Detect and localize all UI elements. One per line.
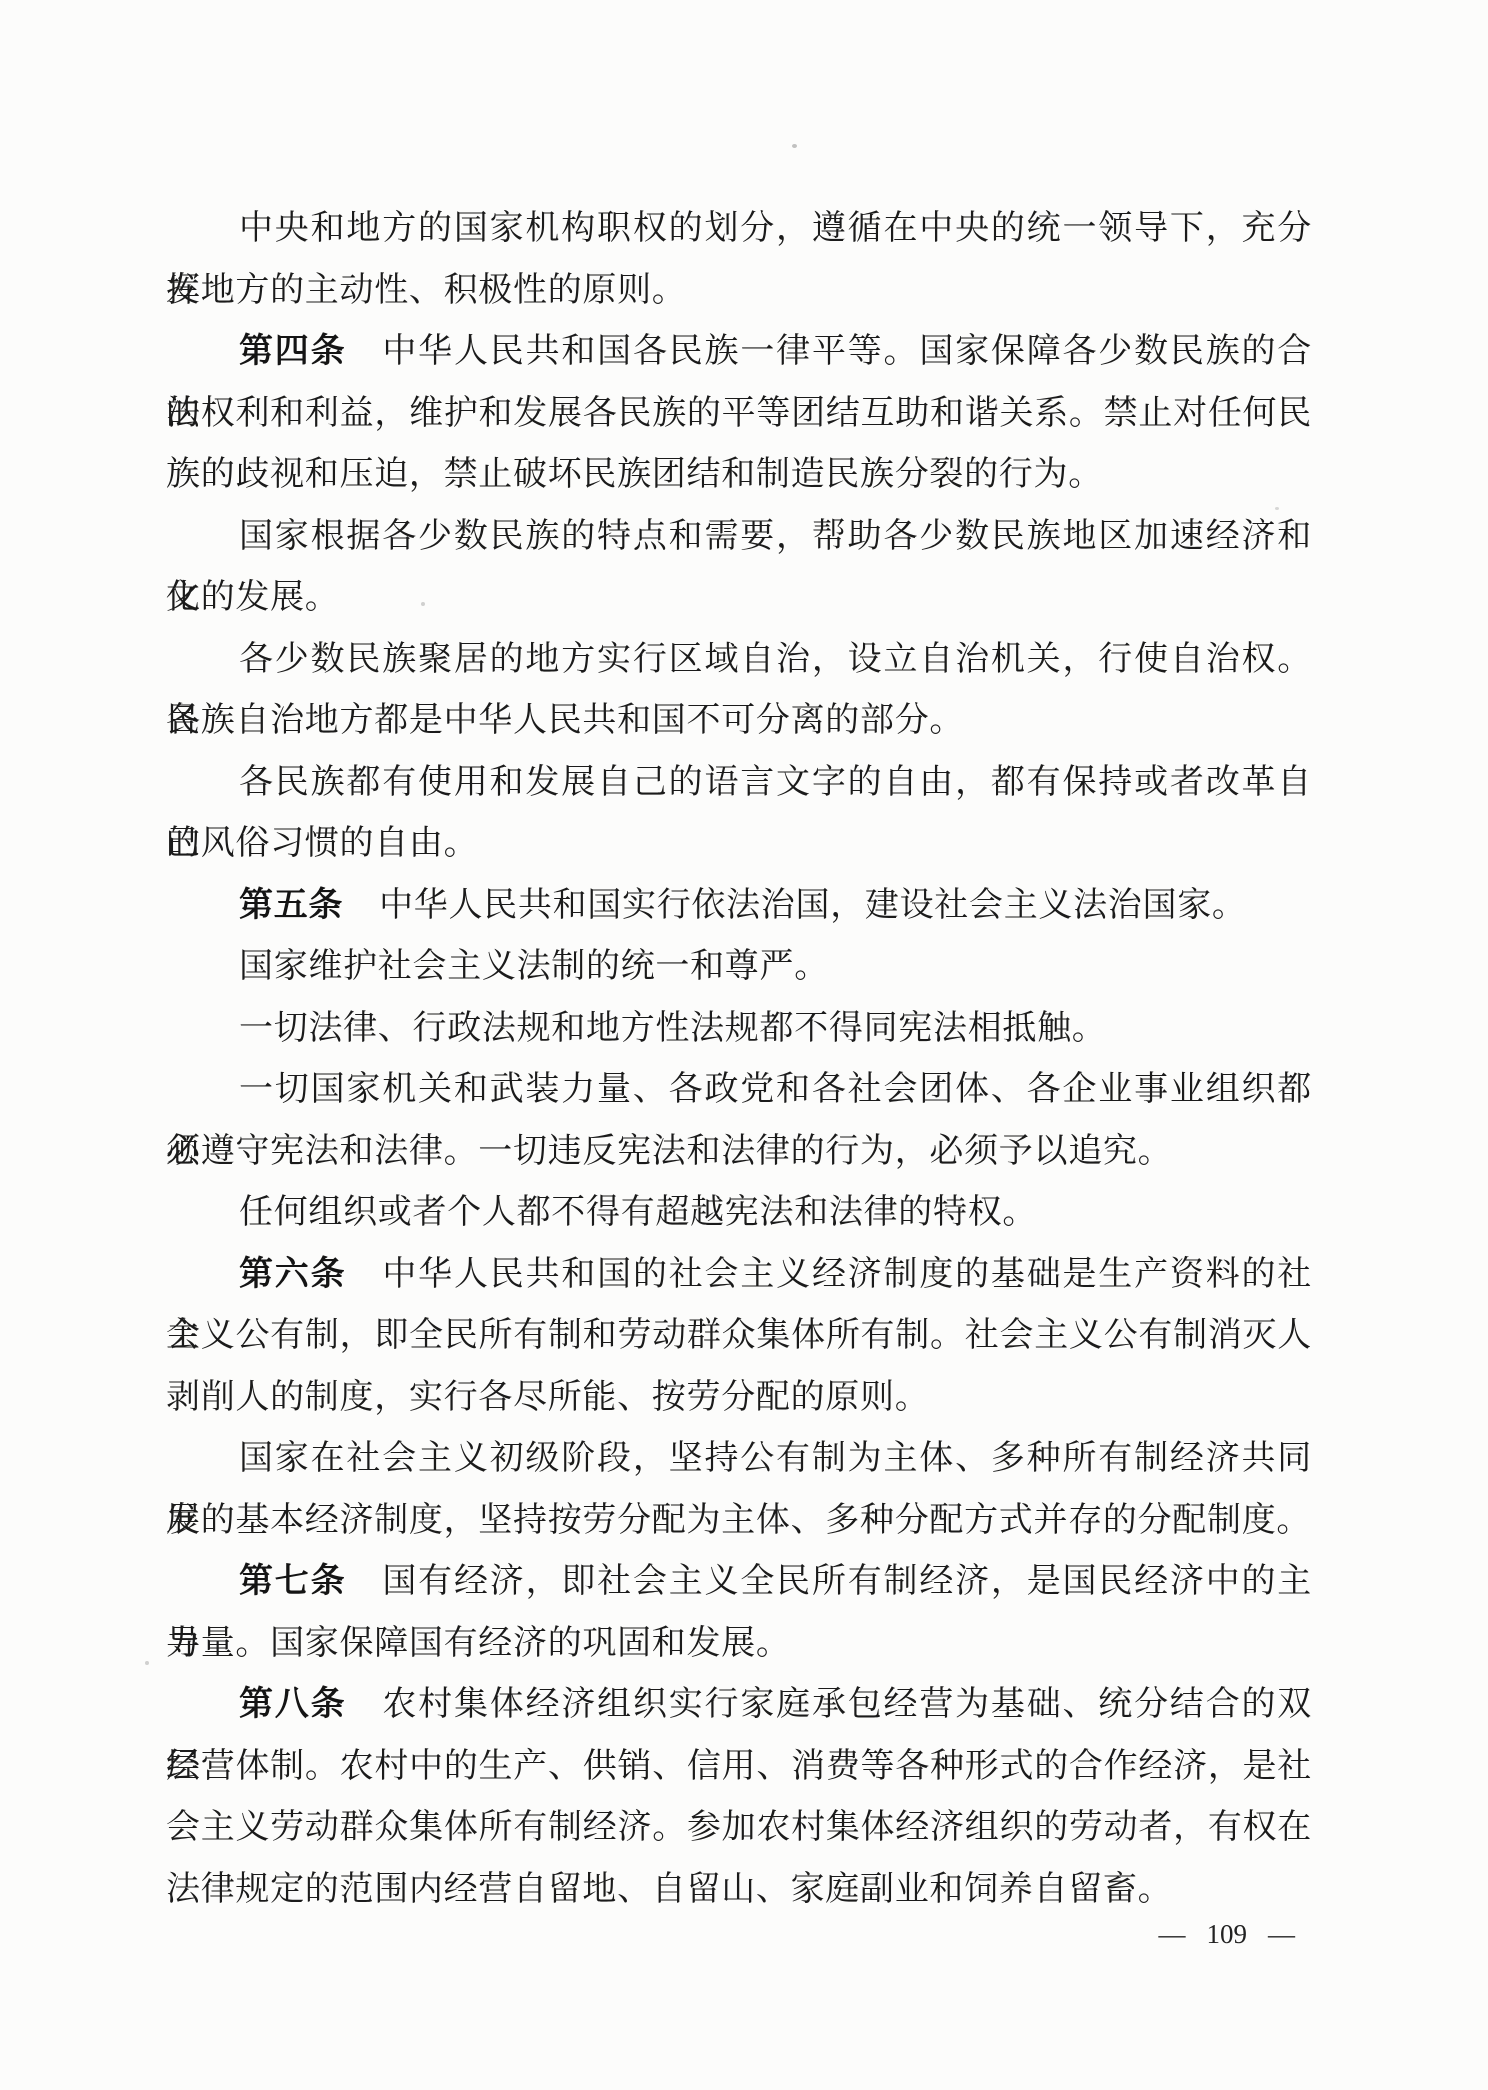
line-text: 力量。国家保障国有经济的巩固和发展。 [166, 1625, 791, 1662]
text-line: 须遵守宪法和法律。一切违反宪法和法律的行为，必须予以追究。 [166, 1121, 1312, 1183]
text-line: 一切法律、行政法规和地方性法规都不得同宪法相抵触。 [166, 998, 1312, 1060]
text-line: 会主义劳动群众集体所有制经济。参加农村集体经济组织的劳动者，有权在 [166, 1797, 1312, 1859]
line-text: 国家维护社会主义法制的统一和尊严。 [239, 948, 829, 985]
text-line: 挥地方的主动性、积极性的原则。 [166, 260, 1312, 322]
text-line: 第五条中华人民共和国实行依法治国，建设社会主义法治国家。 [166, 875, 1312, 937]
text-line: 第四条中华人民共和国各民族一律平等。国家保障各少数民族的合法 [166, 321, 1312, 383]
line-text: 族的歧视和压迫，禁止破坏民族团结和制造民族分裂的行为。 [166, 456, 1103, 493]
text-line: 化的发展。 [166, 567, 1312, 629]
line-text: 任何组织或者个人都不得有超越宪法和法律的特权。 [239, 1194, 1037, 1231]
text-line: 各民族都有使用和发展自己的语言文字的自由，都有保持或者改革自己 [166, 752, 1312, 814]
document-page: 中央和地方的国家机构职权的划分，遵循在中央的统一领导下，充分发 挥地方的主动性、… [0, 0, 1488, 2090]
text-line: 经营体制。农村中的生产、供销、信用、消费等各种形式的合作经济，是社 [166, 1736, 1312, 1798]
document-body: 中央和地方的国家机构职权的划分，遵循在中央的统一领导下，充分发 挥地方的主动性、… [166, 198, 1312, 1920]
page-number: 109 [1207, 1919, 1248, 1950]
line-text: 须遵守宪法和法律。一切违反宪法和法律的行为，必须予以追究。 [166, 1133, 1172, 1170]
text-line: 一切国家机关和武装力量、各政党和各社会团体、各企业事业组织都必 [166, 1059, 1312, 1121]
text-line: 国家根据各少数民族的特点和需要，帮助各少数民族地区加速经济和文 [166, 506, 1312, 568]
text-line: 第六条中华人民共和国的社会主义经济制度的基础是生产资料的社会 [166, 1244, 1312, 1306]
line-text: 一切法律、行政法规和地方性法规都不得同宪法相抵触。 [239, 1010, 1107, 1047]
line-text: 民族自治地方都是中华人民共和国不可分离的部分。 [166, 702, 964, 739]
text-line: 第八条农村集体经济组织实行家庭承包经营为基础、统分结合的双层 [166, 1674, 1312, 1736]
line-text: 剥削人的制度，实行各尽所能、按劳分配的原则。 [166, 1379, 929, 1416]
line-text: 会主义劳动群众集体所有制经济。参加农村集体经济组织的劳动者，有权在 [166, 1809, 1312, 1846]
line-text: 的权利和利益，维护和发展各民族的平等团结互助和谐关系。禁止对任何民 [166, 395, 1312, 432]
article-number: 第四条 [239, 332, 346, 370]
line-text: 展的基本经济制度，坚持按劳分配为主体、多种分配方式并存的分配制度。 [166, 1502, 1311, 1539]
text-line: 国家维护社会主义法制的统一和尊严。 [166, 936, 1312, 998]
article-number: 第六条 [239, 1255, 346, 1293]
text-line: 主义公有制，即全民所有制和劳动群众集体所有制。社会主义公有制消灭人 [166, 1305, 1312, 1367]
text-line: 国家在社会主义初级阶段，坚持公有制为主体、多种所有制经济共同发 [166, 1428, 1312, 1490]
footer-dash-right: — [1268, 1919, 1295, 1950]
line-text: 的风俗习惯的自由。 [166, 825, 478, 862]
text-line: 中央和地方的国家机构职权的划分，遵循在中央的统一领导下，充分发 [166, 198, 1312, 260]
footer-dash-left: — [1159, 1919, 1186, 1950]
text-line: 族的歧视和压迫，禁止破坏民族团结和制造民族分裂的行为。 [166, 444, 1312, 506]
text-line: 民族自治地方都是中华人民共和国不可分离的部分。 [166, 690, 1312, 752]
scan-speck [145, 1661, 149, 1665]
text-line: 法律规定的范围内经营自留地、自留山、家庭副业和饲养自留畜。 [166, 1859, 1312, 1921]
line-text: 主义公有制，即全民所有制和劳动群众集体所有制。社会主义公有制消灭人 [166, 1317, 1312, 1354]
line-text: 化的发展。 [166, 579, 340, 616]
text-line: 力量。国家保障国有经济的巩固和发展。 [166, 1613, 1312, 1675]
line-text: 经营体制。农村中的生产、供销、信用、消费等各种形式的合作经济，是社 [166, 1748, 1312, 1785]
article-number: 第七条 [239, 1562, 346, 1600]
article-number: 第五条 [239, 886, 343, 924]
text-line: 剥削人的制度，实行各尽所能、按劳分配的原则。 [166, 1367, 1312, 1429]
text-line: 的权利和利益，维护和发展各民族的平等团结互助和谐关系。禁止对任何民 [166, 383, 1312, 445]
text-line: 的风俗习惯的自由。 [166, 813, 1312, 875]
line-text: 挥地方的主动性、积极性的原则。 [166, 272, 687, 309]
page-footer: — 109 — [1159, 1912, 1296, 1956]
line-text: 中华人民共和国实行依法治国，建设社会主义法治国家。 [379, 887, 1247, 924]
article-number: 第八条 [239, 1685, 346, 1723]
line-text: 法律规定的范围内经营自留地、自留山、家庭副业和饲养自留畜。 [166, 1871, 1172, 1908]
text-line: 各少数民族聚居的地方实行区域自治，设立自治机关，行使自治权。各 [166, 629, 1312, 691]
text-line: 任何组织或者个人都不得有超越宪法和法律的特权。 [166, 1182, 1312, 1244]
text-line: 展的基本经济制度，坚持按劳分配为主体、多种分配方式并存的分配制度。 [166, 1490, 1312, 1552]
text-line: 第七条国有经济，即社会主义全民所有制经济，是国民经济中的主导 [166, 1551, 1312, 1613]
scan-speck [792, 144, 797, 148]
